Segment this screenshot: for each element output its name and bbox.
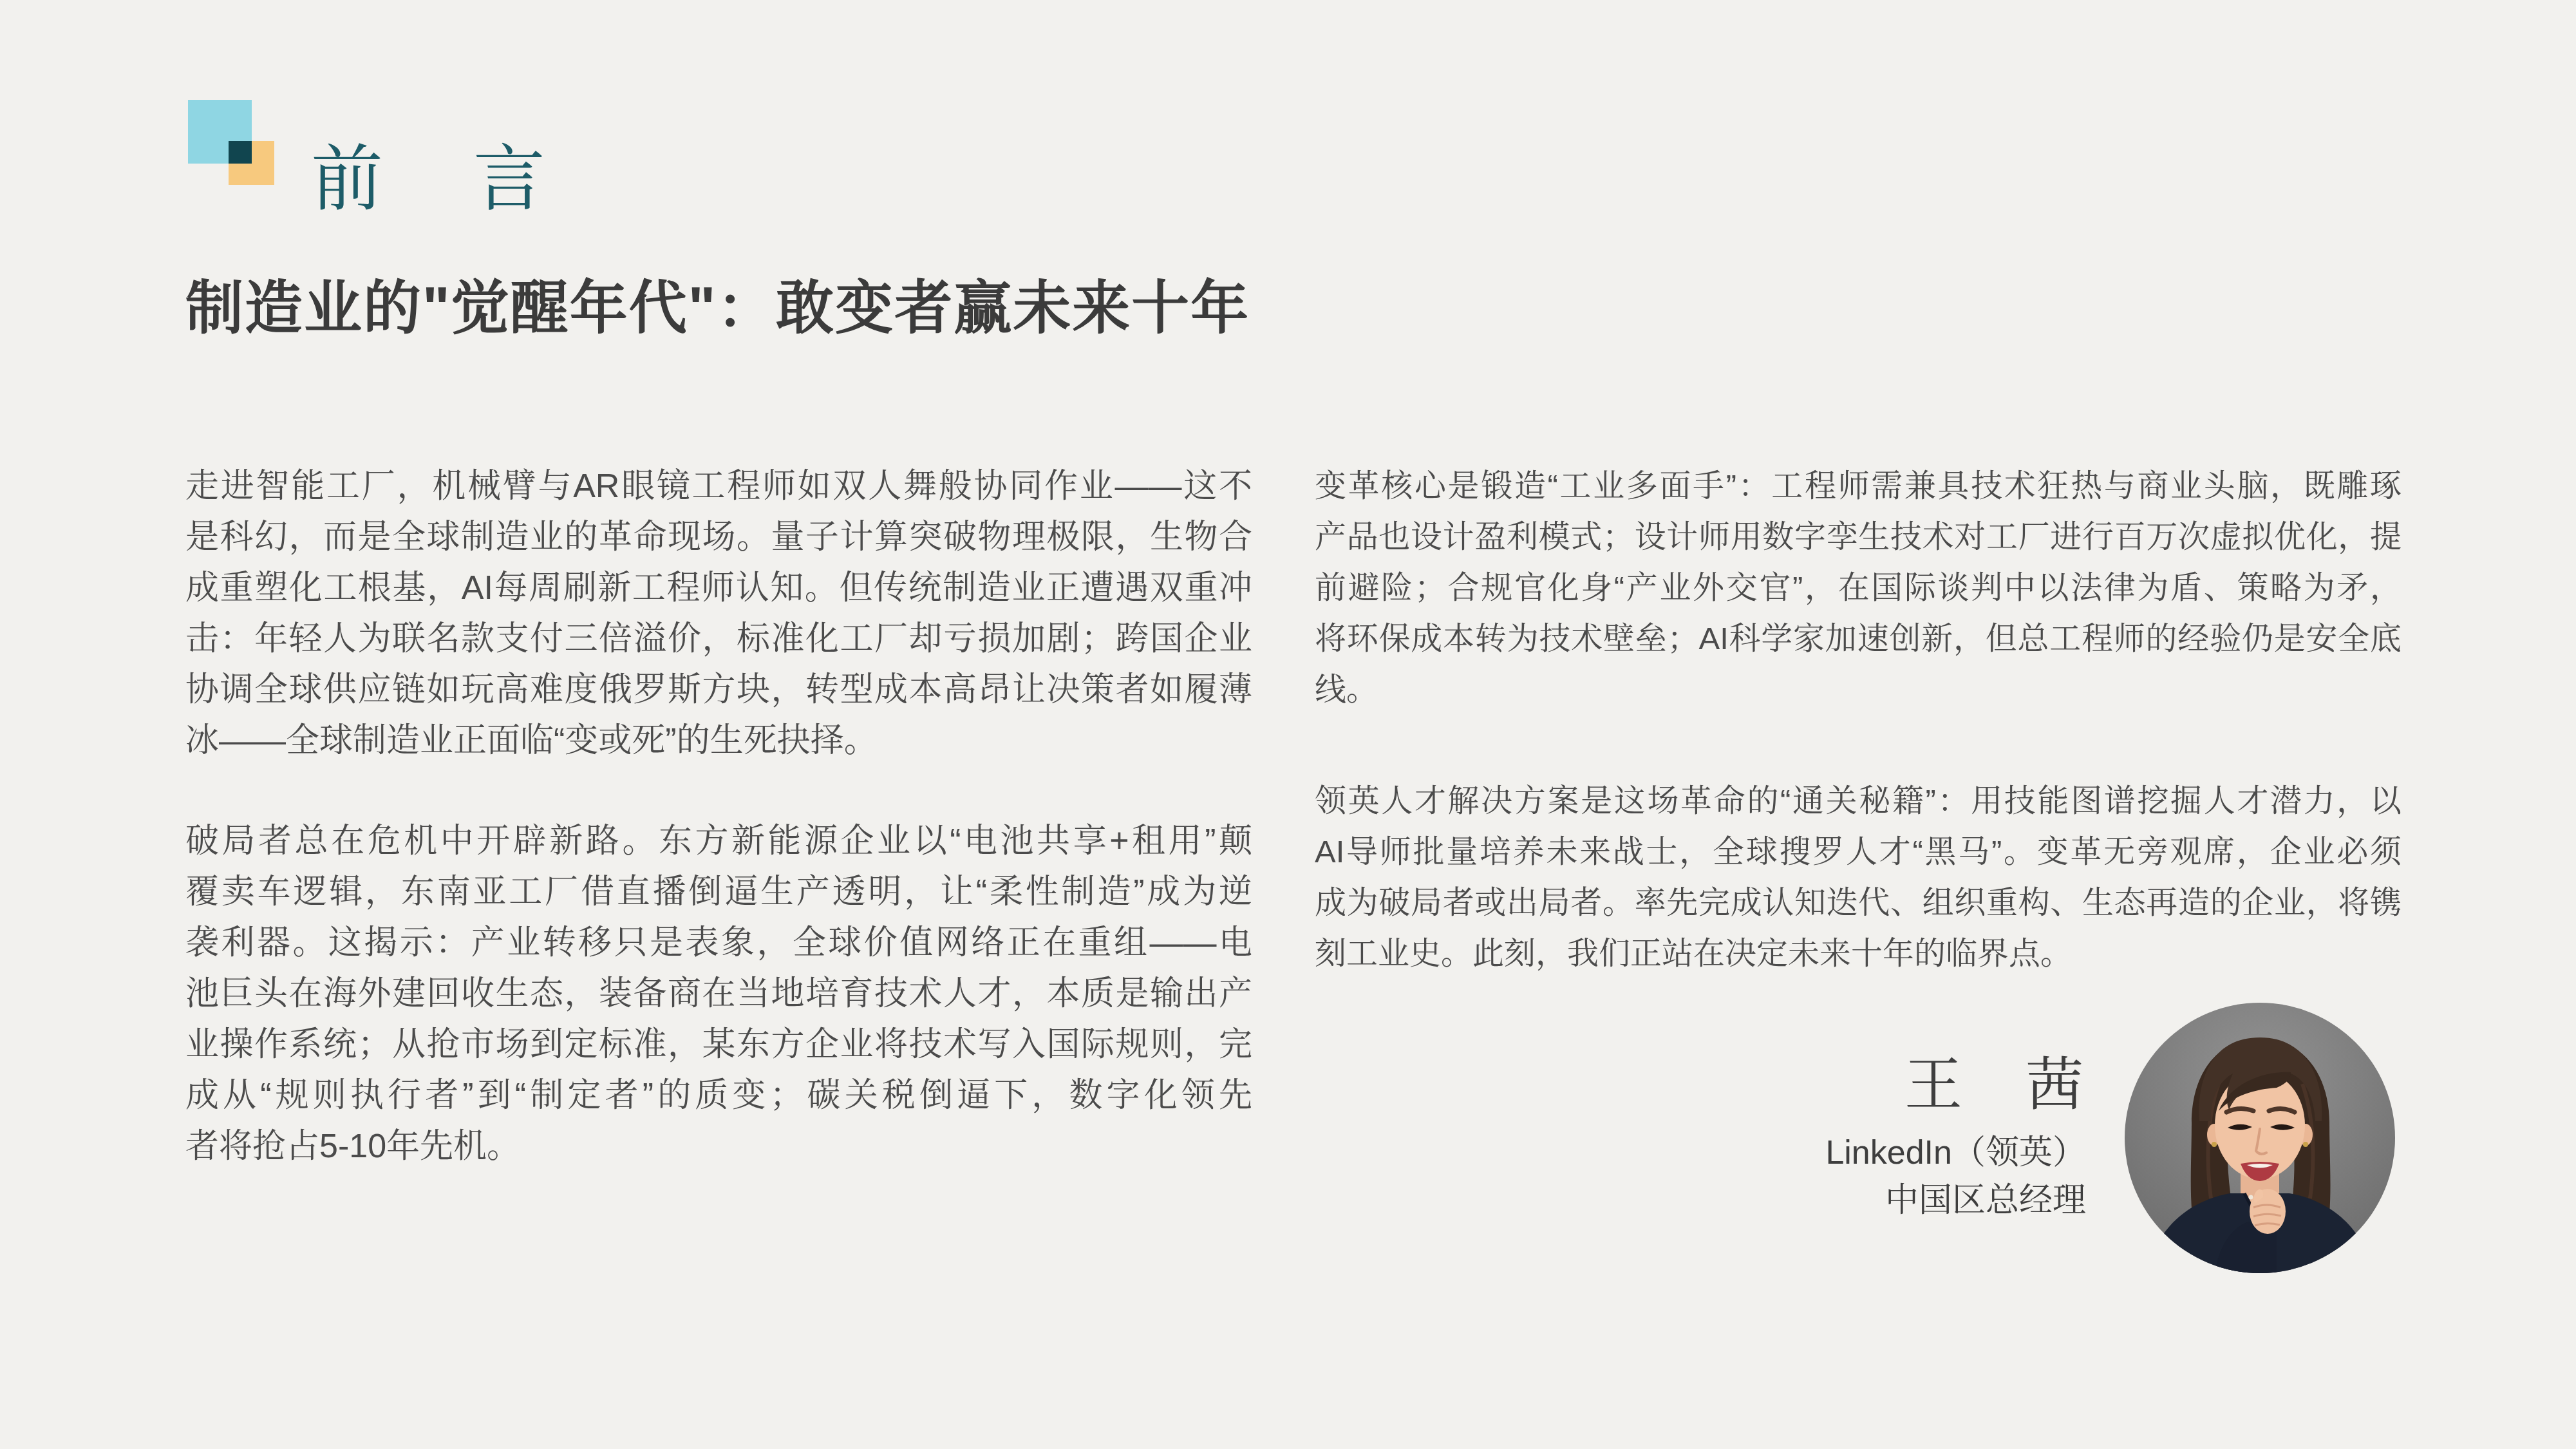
section-label-char: 言 — [473, 137, 545, 223]
text-line: 覆卖车逻辑，东南亚工厂借直播倒逼生产透明，让“柔性制造”成为逆 — [185, 867, 1252, 918]
portrait-illustration — [2125, 1003, 2395, 1273]
author-name: 王 茜 — [1825, 1054, 2086, 1117]
paragraph-4: 领英人才解决方案是这场革命的“通关秘籍”：用技能图谱挖掘人才潜力，以AI导师批量… — [1315, 776, 2402, 980]
text-line: 成从“规则执行者”到“制定者”的质变；碳关税倒逼下，数字化领先 — [185, 1070, 1252, 1121]
paragraph-1: 走进智能工厂，机械臂与AR眼镜工程师如双人舞般协同作业——这不是科幻，而是全球制… — [185, 461, 1252, 766]
author-org: LinkedIn（领英） — [1825, 1129, 2086, 1177]
author-photo — [2125, 1003, 2395, 1273]
text-line: AI导师批量培养未来战士，全球搜罗人才“黑马”。变革无旁观席，企业必须 — [1315, 827, 2402, 878]
text-line: 线。 — [1315, 665, 2402, 715]
text-line: 协调全球供应链如玩高难度俄罗斯方块，转型成本高昂让决策者如履薄 — [185, 665, 1252, 715]
author-block: 王 茜 LinkedIn（领英） 中国区总经理 — [1825, 1054, 2086, 1224]
paragraph-3: 变革核心是锻造“工业多面手”：工程师需兼具技术狂热与商业头脑，既雕琢产品也设计盈… — [1315, 461, 2402, 715]
text-line: 刻工业史。此刻，我们正站在决定未来十年的临界点。 — [1315, 929, 2402, 980]
text-line: 是科幻，而是全球制造业的革命现场。量子计算突破物理极限，生物合 — [185, 512, 1252, 563]
text-line: 池巨头在海外建回收生态，装备商在当地培育技术人才，本质是输出产 — [185, 969, 1252, 1019]
left-column: 走进智能工厂，机械臂与AR眼镜工程师如双人舞般协同作业——这不是科幻，而是全球制… — [185, 461, 1252, 1172]
text-line: 将环保成本转为技术壁垒；AI科学家加速创新，但总工程师的经验仍是安全底 — [1315, 614, 2402, 665]
logo-overlap-square — [229, 141, 252, 164]
text-line: 冰——全球制造业正面临“变或死”的生死抉择。 — [185, 715, 1252, 766]
text-line: 成重塑化工根基，AI每周刷新工程师认知。但传统制造业正遭遇双重冲 — [185, 563, 1252, 614]
text-line: 前避险；合规官化身“产业外交官”，在国际谈判中以法律为盾、策略为矛， — [1315, 563, 2402, 614]
section-label-char: 前 — [311, 137, 383, 223]
text-line: 变革核心是锻造“工业多面手”：工程师需兼具技术狂热与商业头脑，既雕琢 — [1315, 461, 2402, 512]
text-line: 破局者总在危机中开辟新路。东方新能源企业以“电池共享+租用”颠 — [185, 816, 1252, 867]
section-label: 前言 — [311, 137, 545, 223]
text-line: 者将抢占5-10年先机。 — [185, 1121, 1252, 1172]
text-line: 业操作系统；从抢市场到定标准，某东方企业将技术写入国际规则，完 — [185, 1019, 1252, 1070]
text-line: 成为破局者或出局者。率先完成认知迭代、组织重构、生态再造的企业，将镌 — [1315, 878, 2402, 929]
text-line: 领英人才解决方案是这场革命的“通关秘籍”：用技能图谱挖掘人才潜力，以 — [1315, 776, 2402, 827]
right-column: 变革核心是锻造“工业多面手”：工程师需兼具技术狂热与商业头脑，既雕琢产品也设计盈… — [1315, 461, 2402, 980]
page-title: 制造业的"觉醒年代"：敢变者赢未来十年 — [185, 274, 1250, 343]
text-line: 走进智能工厂，机械臂与AR眼镜工程师如双人舞般协同作业——这不 — [185, 461, 1252, 512]
text-line: 产品也设计盈利模式；设计师用数字孪生技术对工厂进行百万次虚拟优化，提 — [1315, 512, 2402, 563]
text-line: 袭利器。这揭示：产业转移只是表象，全球价值网络正在重组——电 — [185, 918, 1252, 969]
paragraph-2: 破局者总在危机中开辟新路。东方新能源企业以“电池共享+租用”颠覆卖车逻辑，东南亚… — [185, 816, 1252, 1172]
slide: 前言 制造业的"觉醒年代"：敢变者赢未来十年 走进智能工厂，机械臂与AR眼镜工程… — [0, 0, 2576, 1449]
author-role: 中国区总经理 — [1825, 1177, 2086, 1224]
text-line: 击：年轻人为联名款支付三倍溢价，标准化工厂却亏损加剧；跨国企业 — [185, 614, 1252, 665]
